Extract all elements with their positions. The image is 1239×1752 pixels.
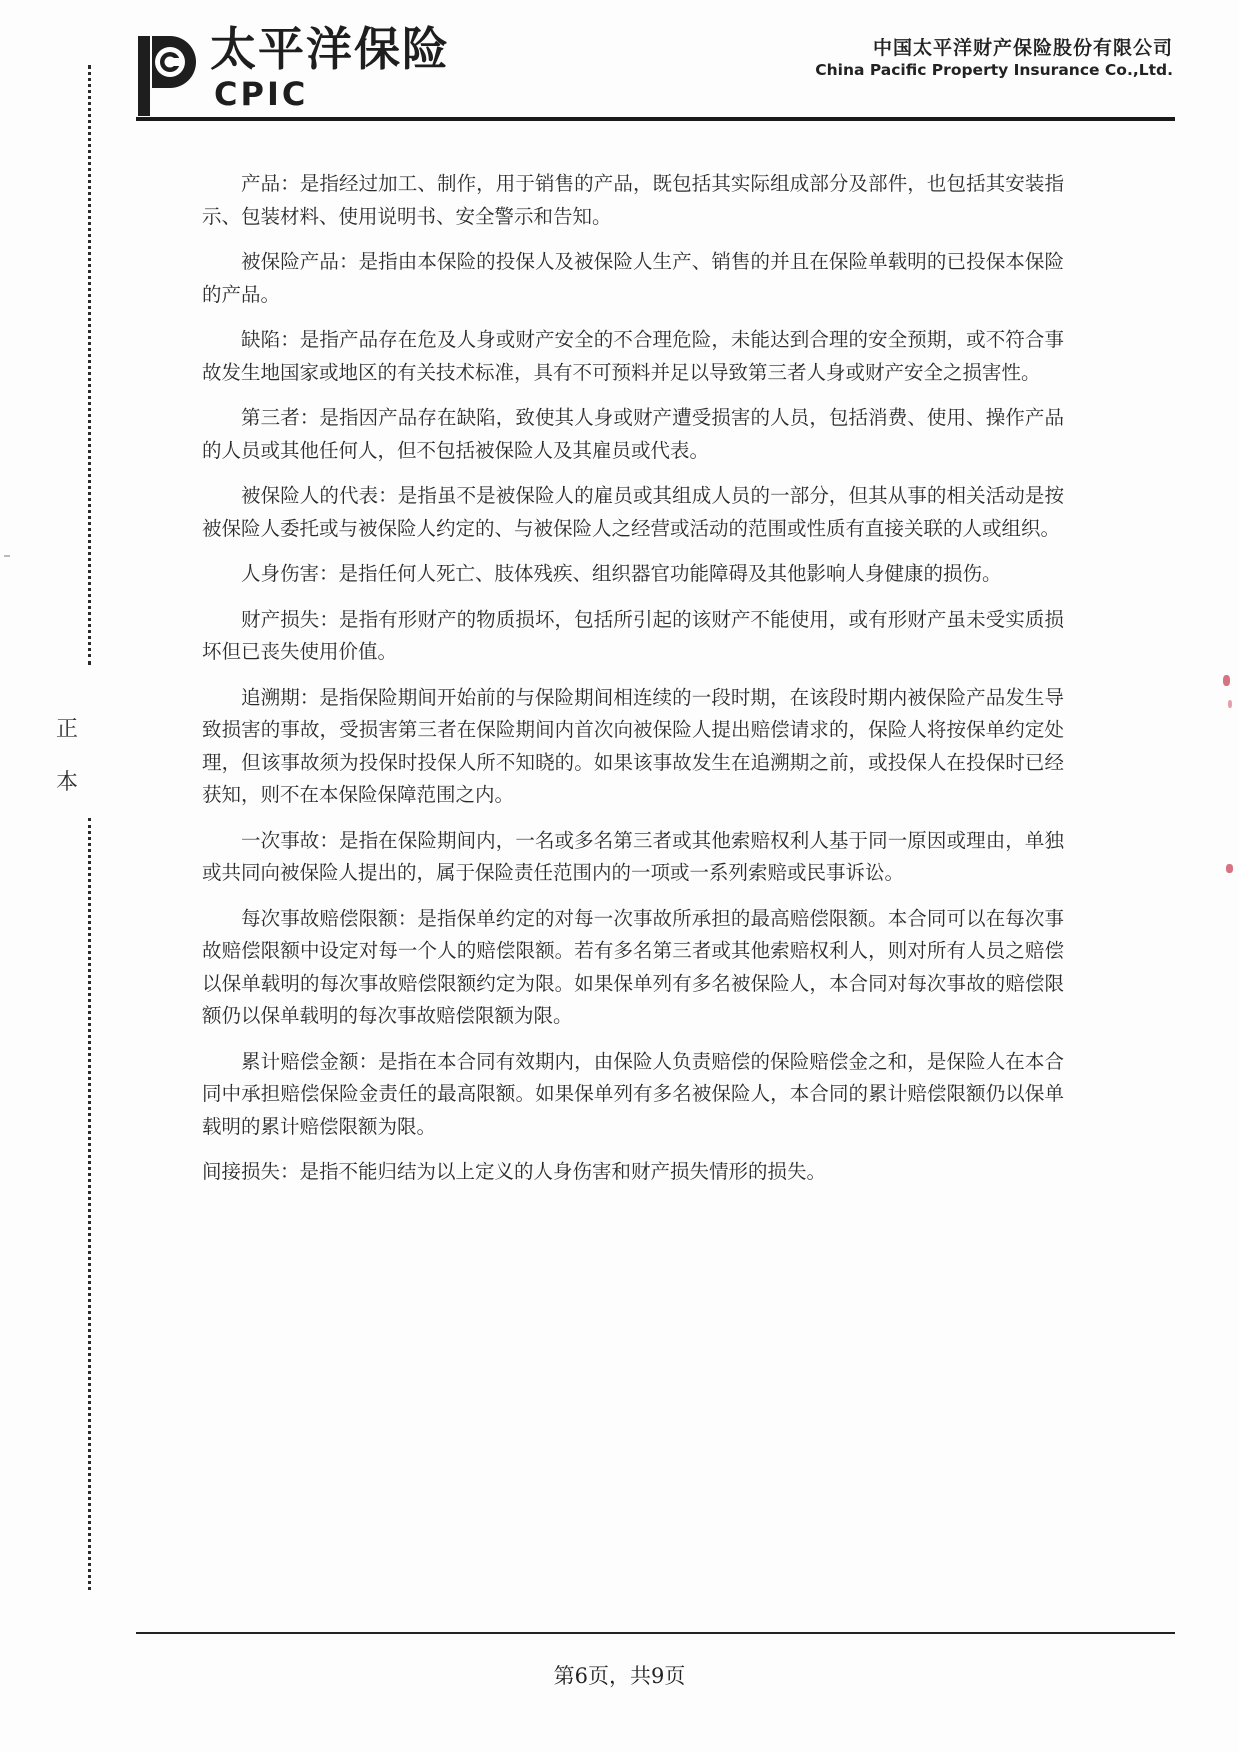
binding-dotted-line-bottom: [88, 818, 91, 1590]
definitions-section: 产品：是指经过加工、制作，用于销售的产品，既包括其实际组成部分及部件，也包括其安…: [202, 168, 1064, 1202]
definition-bodily-injury: 人身伤害：是指任何人死亡、肢体残疾、组织器官功能障碍及其他影响人身健康的损伤。: [202, 558, 1064, 591]
definition-retroactive-period: 追溯期：是指保险期间开始前的与保险期间相连续的一段时期，在该段时期内被保险产品发…: [202, 682, 1064, 812]
definition-insured-representative: 被保险人的代表：是指虽不是被保险人的雇员或其组成人员的一部分，但其从事的相关活动…: [202, 480, 1064, 545]
definition-third-party: 第三者：是指因产品存在缺陷，致使其人身或财产遭受损害的人员，包括消费、使用、操作…: [202, 402, 1064, 467]
definition-aggregate-limit: 累计赔偿金额：是指在本合同有效期内，由保险人负责赔偿的保险赔偿金之和，是保险人在…: [202, 1046, 1064, 1144]
binding-dotted-line-top: [88, 65, 91, 665]
seal-fragment: [1226, 864, 1233, 873]
header-divider: [136, 117, 1175, 121]
margin-label-char-1: 正: [55, 712, 79, 743]
company-name-en: China Pacific Property Insurance Co.,Ltd…: [815, 61, 1173, 79]
scan-mark: [4, 555, 10, 557]
page-number: 第6页，共9页: [0, 1660, 1239, 1690]
definition-product: 产品：是指经过加工、制作，用于销售的产品，既包括其实际组成部分及部件，也包括其安…: [202, 168, 1064, 233]
definition-per-occurrence-limit: 每次事故赔偿限额：是指保单约定的对每一次事故所承担的最高赔偿限额。本合同可以在每…: [202, 903, 1064, 1033]
brand-name-en: CPIC: [214, 78, 308, 110]
definition-single-occurrence: 一次事故：是指在保险期间内，一名或多名第三者或其他索赔权利人基于同一原因或理由，…: [202, 825, 1064, 890]
definition-property-damage: 财产损失：是指有形财产的物质损坏，包括所引起的该财产不能使用，或有形财产虽未受实…: [202, 604, 1064, 669]
brand-name-cn: 太平洋保险: [210, 26, 450, 72]
margin-label-char-2: 本: [55, 765, 79, 796]
seal-fragment: [1228, 700, 1232, 708]
footer-divider: [136, 1632, 1175, 1634]
seal-fragment: [1223, 675, 1230, 686]
cpic-logo-icon: [138, 30, 196, 116]
definition-defect: 缺陷：是指产品存在危及人身或财产安全的不合理危险，未能达到合理的安全预期，或不符…: [202, 324, 1064, 389]
definition-insured-product: 被保险产品：是指由本保险的投保人及被保险人生产、销售的并且在保险单载明的已投保本…: [202, 246, 1064, 311]
company-name-cn: 中国太平洋财产保险股份有限公司: [873, 33, 1173, 60]
definition-consequential-loss: 间接损失：是指不能归结为以上定义的人身伤害和财产损失情形的损失。: [202, 1156, 1064, 1189]
